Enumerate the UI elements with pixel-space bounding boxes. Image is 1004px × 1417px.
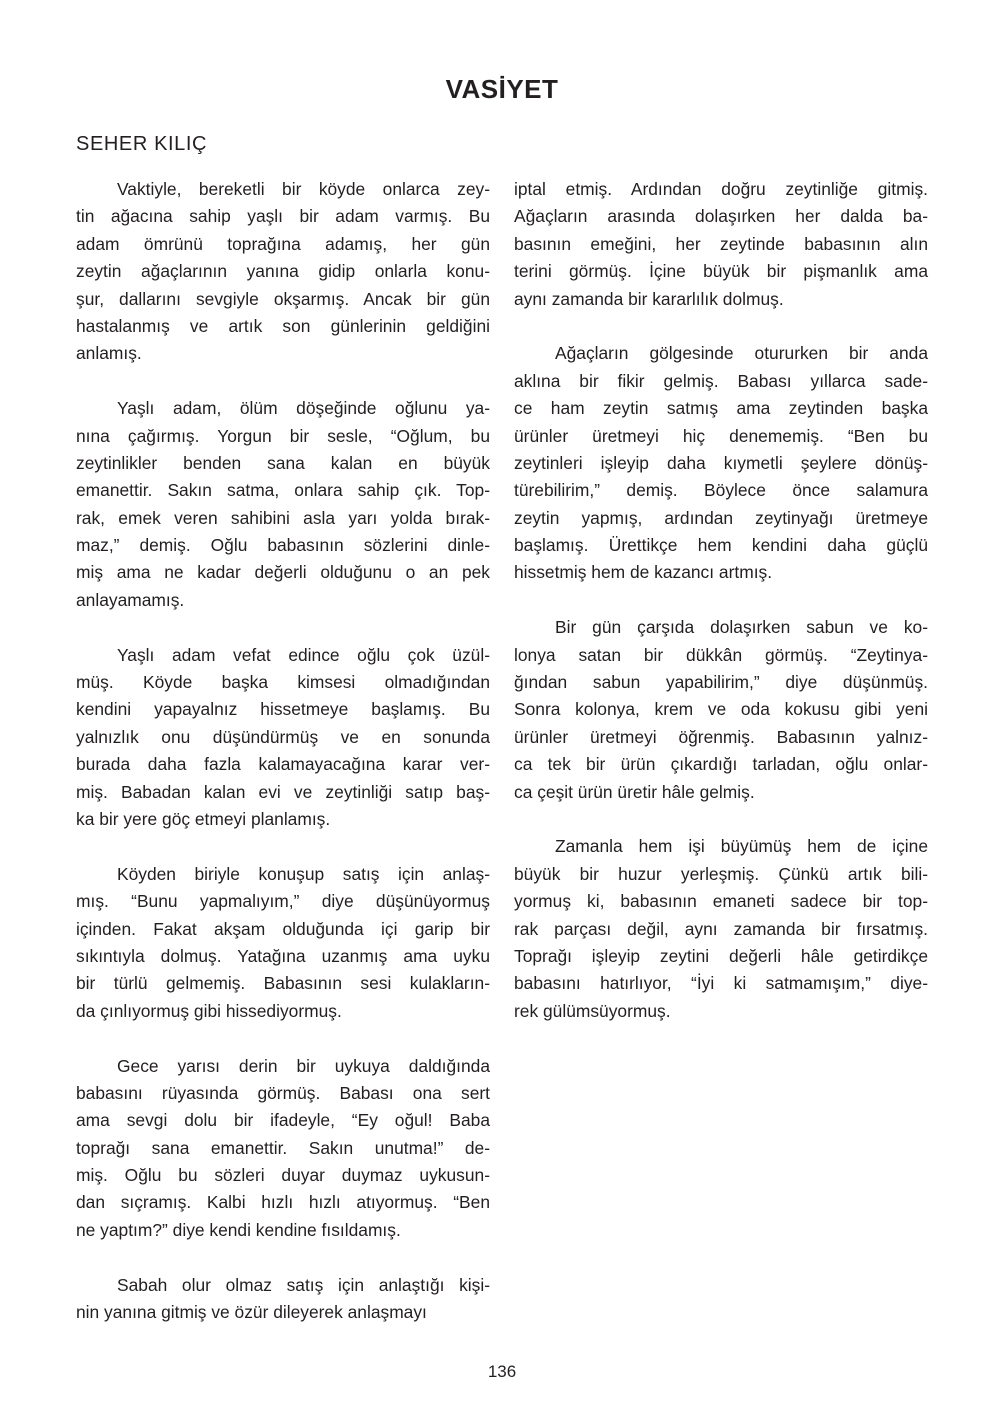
text-line: ne yaptım?” diye kendi kendine fısıldamı… [76,1217,490,1244]
paragraph-gap [514,587,928,614]
text-line: miş. Oğlu bu sözleri duyar duymaz uykusu… [76,1162,490,1189]
text-line: babasını rüyasında görmüş. Babası ona se… [76,1080,490,1107]
paragraph-gap [76,833,490,860]
paragraph-gap [76,1244,490,1271]
text-line: rak, emek veren sahibini asla yarı yolda… [76,505,490,532]
paragraph: Köyden biriyle konuşup satış için anlaş-… [76,861,490,1025]
paragraph: Yaşlı adam, ölüm döşeğinde oğlunu ya-nın… [76,395,490,614]
text-line: müş. Köyde başka kimsesi olmadığından [76,669,490,696]
text-line: yalnızlık onu düşündürmüş ve en sonunda [76,724,490,751]
text-line: ka bir yere göç etmeyi planlamış. [76,806,490,833]
text-line: sıkıntıyla dolmuş. Yatağına uzanmış ama … [76,943,490,970]
text-line: içinden. Fakat akşam olduğunda içi garip… [76,916,490,943]
text-line: toprağı sana emanettir. Sakın unutma!” d… [76,1135,490,1162]
text-line: lonya satan bir dükkân görmüş. “Zeytinya… [514,642,928,669]
text-line: ürünler üretmeyi hiç denememiş. “Ben bu [514,423,928,450]
text-line: tin ağacına sahip yaşlı bir adam varmış.… [76,203,490,230]
text-line: ce ham zeytin satmış ama zeytinden başka [514,395,928,422]
text-line: zeytinlikler benden sana kalan en büyük [76,450,490,477]
text-line: dan sıçramış. Kalbi hızlı hızlı atıyormu… [76,1189,490,1216]
text-line: Sabah olur olmaz satış için anlaştığı ki… [76,1272,490,1299]
paragraph-gap [514,313,928,340]
text-line: zeytin yapmış, ardından zeytinyağı üretm… [514,505,928,532]
text-line: Sonra kolonya, krem ve oda kokusu gibi y… [514,696,928,723]
text-line: emanettir. Sakın satma, onlara sahip çık… [76,477,490,504]
text-line: yormuş ki, babasının emaneti sadece bir … [514,888,928,915]
right-column: iptal etmiş. Ardından doğru zeytinliğe g… [514,176,928,1025]
paragraph: iptal etmiş. Ardından doğru zeytinliğe g… [514,176,928,313]
text-line: Zamanla hem işi büyümüş hem de içine [514,833,928,860]
text-line: rek gülümsüyormuş. [514,998,928,1025]
text-line: maz,” demiş. Oğlu babasının sözlerini di… [76,532,490,559]
text-line: hissetmiş hem de kazancı artmış. [514,559,928,586]
text-line: bir türlü gelmemiş. Babasının sesi kulak… [76,970,490,997]
text-line: da çınlıyormuş gibi hissediyormuş. [76,998,490,1025]
text-line: şur, dallarını sevgiyle okşarmış. Ancak … [76,286,490,313]
text-line: iptal etmiş. Ardından doğru zeytinliğe g… [514,176,928,203]
text-line: hastalanmış ve artık son günlerinin geld… [76,313,490,340]
text-line: nin yanına gitmiş ve özür dileyerek anla… [76,1299,490,1326]
text-line: büyük bir huzur yerleşmiş. Çünkü artık b… [514,861,928,888]
text-line: Gece yarısı derin bir uykuya daldığında [76,1053,490,1080]
text-line: rak parçası değil, aynı zamanda bir fırs… [514,916,928,943]
text-line: anlamış. [76,340,490,367]
text-line: aynı zamanda bir kararlılık dolmuş. [514,286,928,313]
text-line: anlayamamış. [76,587,490,614]
text-line: ğından sabun yapabilirim,” diye düşünmüş… [514,669,928,696]
text-line: adam ömrünü toprağına adamış, her gün [76,231,490,258]
text-line: ürünler üretmeyi öğrenmiş. Babasının yal… [514,724,928,751]
text-line: babasını hatırlıyor, “İyi ki satmamışım,… [514,970,928,997]
text-line: zeytinleri işleyip daha kıymetli şeylere… [514,450,928,477]
text-line: nına çağırmış. Yorgun bir sesle, “Oğlum,… [76,423,490,450]
paragraph-gap [76,1025,490,1052]
paragraph: Sabah olur olmaz satış için anlaştığı ki… [76,1272,490,1327]
left-column: Vaktiyle, bereketli bir köyde onlarca ze… [76,176,490,1326]
text-line: burada daha fazla kalamayacağına karar v… [76,751,490,778]
paragraph: Ağaçların gölgesinde otururken bir andaa… [514,340,928,587]
author-name: SEHER KILIÇ [76,130,207,158]
paragraph: Vaktiyle, bereketli bir köyde onlarca ze… [76,176,490,368]
text-line: ama sevgi dolu bir ifadeyle, “Ey oğul! B… [76,1107,490,1134]
text-line: ca tek bir ürün çıkardığı tarladan, oğlu… [514,751,928,778]
text-line: ca çeşit ürün üretir hâle gelmiş. [514,779,928,806]
paragraph-gap [514,806,928,833]
text-line: Vaktiyle, bereketli bir köyde onlarca ze… [76,176,490,203]
paragraph-gap [76,368,490,395]
paragraph: Yaşlı adam vefat edince oğlu çok üzül-mü… [76,642,490,834]
text-line: türebilirim,” demiş. Böylece önce salamu… [514,477,928,504]
text-line: Ağaçların gölgesinde otururken bir anda [514,340,928,367]
text-line: basının emeğini, her zeytinde babasının … [514,231,928,258]
text-line: miş. Babadan kalan evi ve zeytinliği sat… [76,779,490,806]
text-line: Ağaçların arasında dolaşırken her dalda … [514,203,928,230]
paragraph-gap [76,614,490,641]
text-line: başlamış. Ürettikçe hem kendini daha güç… [514,532,928,559]
paragraph: Bir gün çarşıda dolaşırken sabun ve ko-l… [514,614,928,806]
text-line: Yaşlı adam vefat edince oğlu çok üzül- [76,642,490,669]
text-line: miş ama ne kadar değerli olduğunu o an p… [76,559,490,586]
page-number: 136 [0,1360,1004,1384]
story-title: VASİYET [0,72,1004,106]
text-line: Toprağı işleyip zeytini değerli hâle get… [514,943,928,970]
paragraph: Gece yarısı derin bir uykuya daldığındab… [76,1053,490,1245]
text-line: aklına bir fikir gelmiş. Babası yıllarca… [514,368,928,395]
paragraph: Zamanla hem işi büyümüş hem de içinebüyü… [514,833,928,1025]
text-line: Köyden biriyle konuşup satış için anlaş- [76,861,490,888]
text-line: Bir gün çarşıda dolaşırken sabun ve ko- [514,614,928,641]
text-line: zeytin ağaçlarının yanına gidip onlarla … [76,258,490,285]
text-line: kendini yapayalnız hissetmeye başlamış. … [76,696,490,723]
text-line: Yaşlı adam, ölüm döşeğinde oğlunu ya- [76,395,490,422]
text-line: terini görmüş. İçine büyük bir pişmanlık… [514,258,928,285]
text-line: mış. “Bunu yapmalıyım,” diye düşünüyormu… [76,888,490,915]
